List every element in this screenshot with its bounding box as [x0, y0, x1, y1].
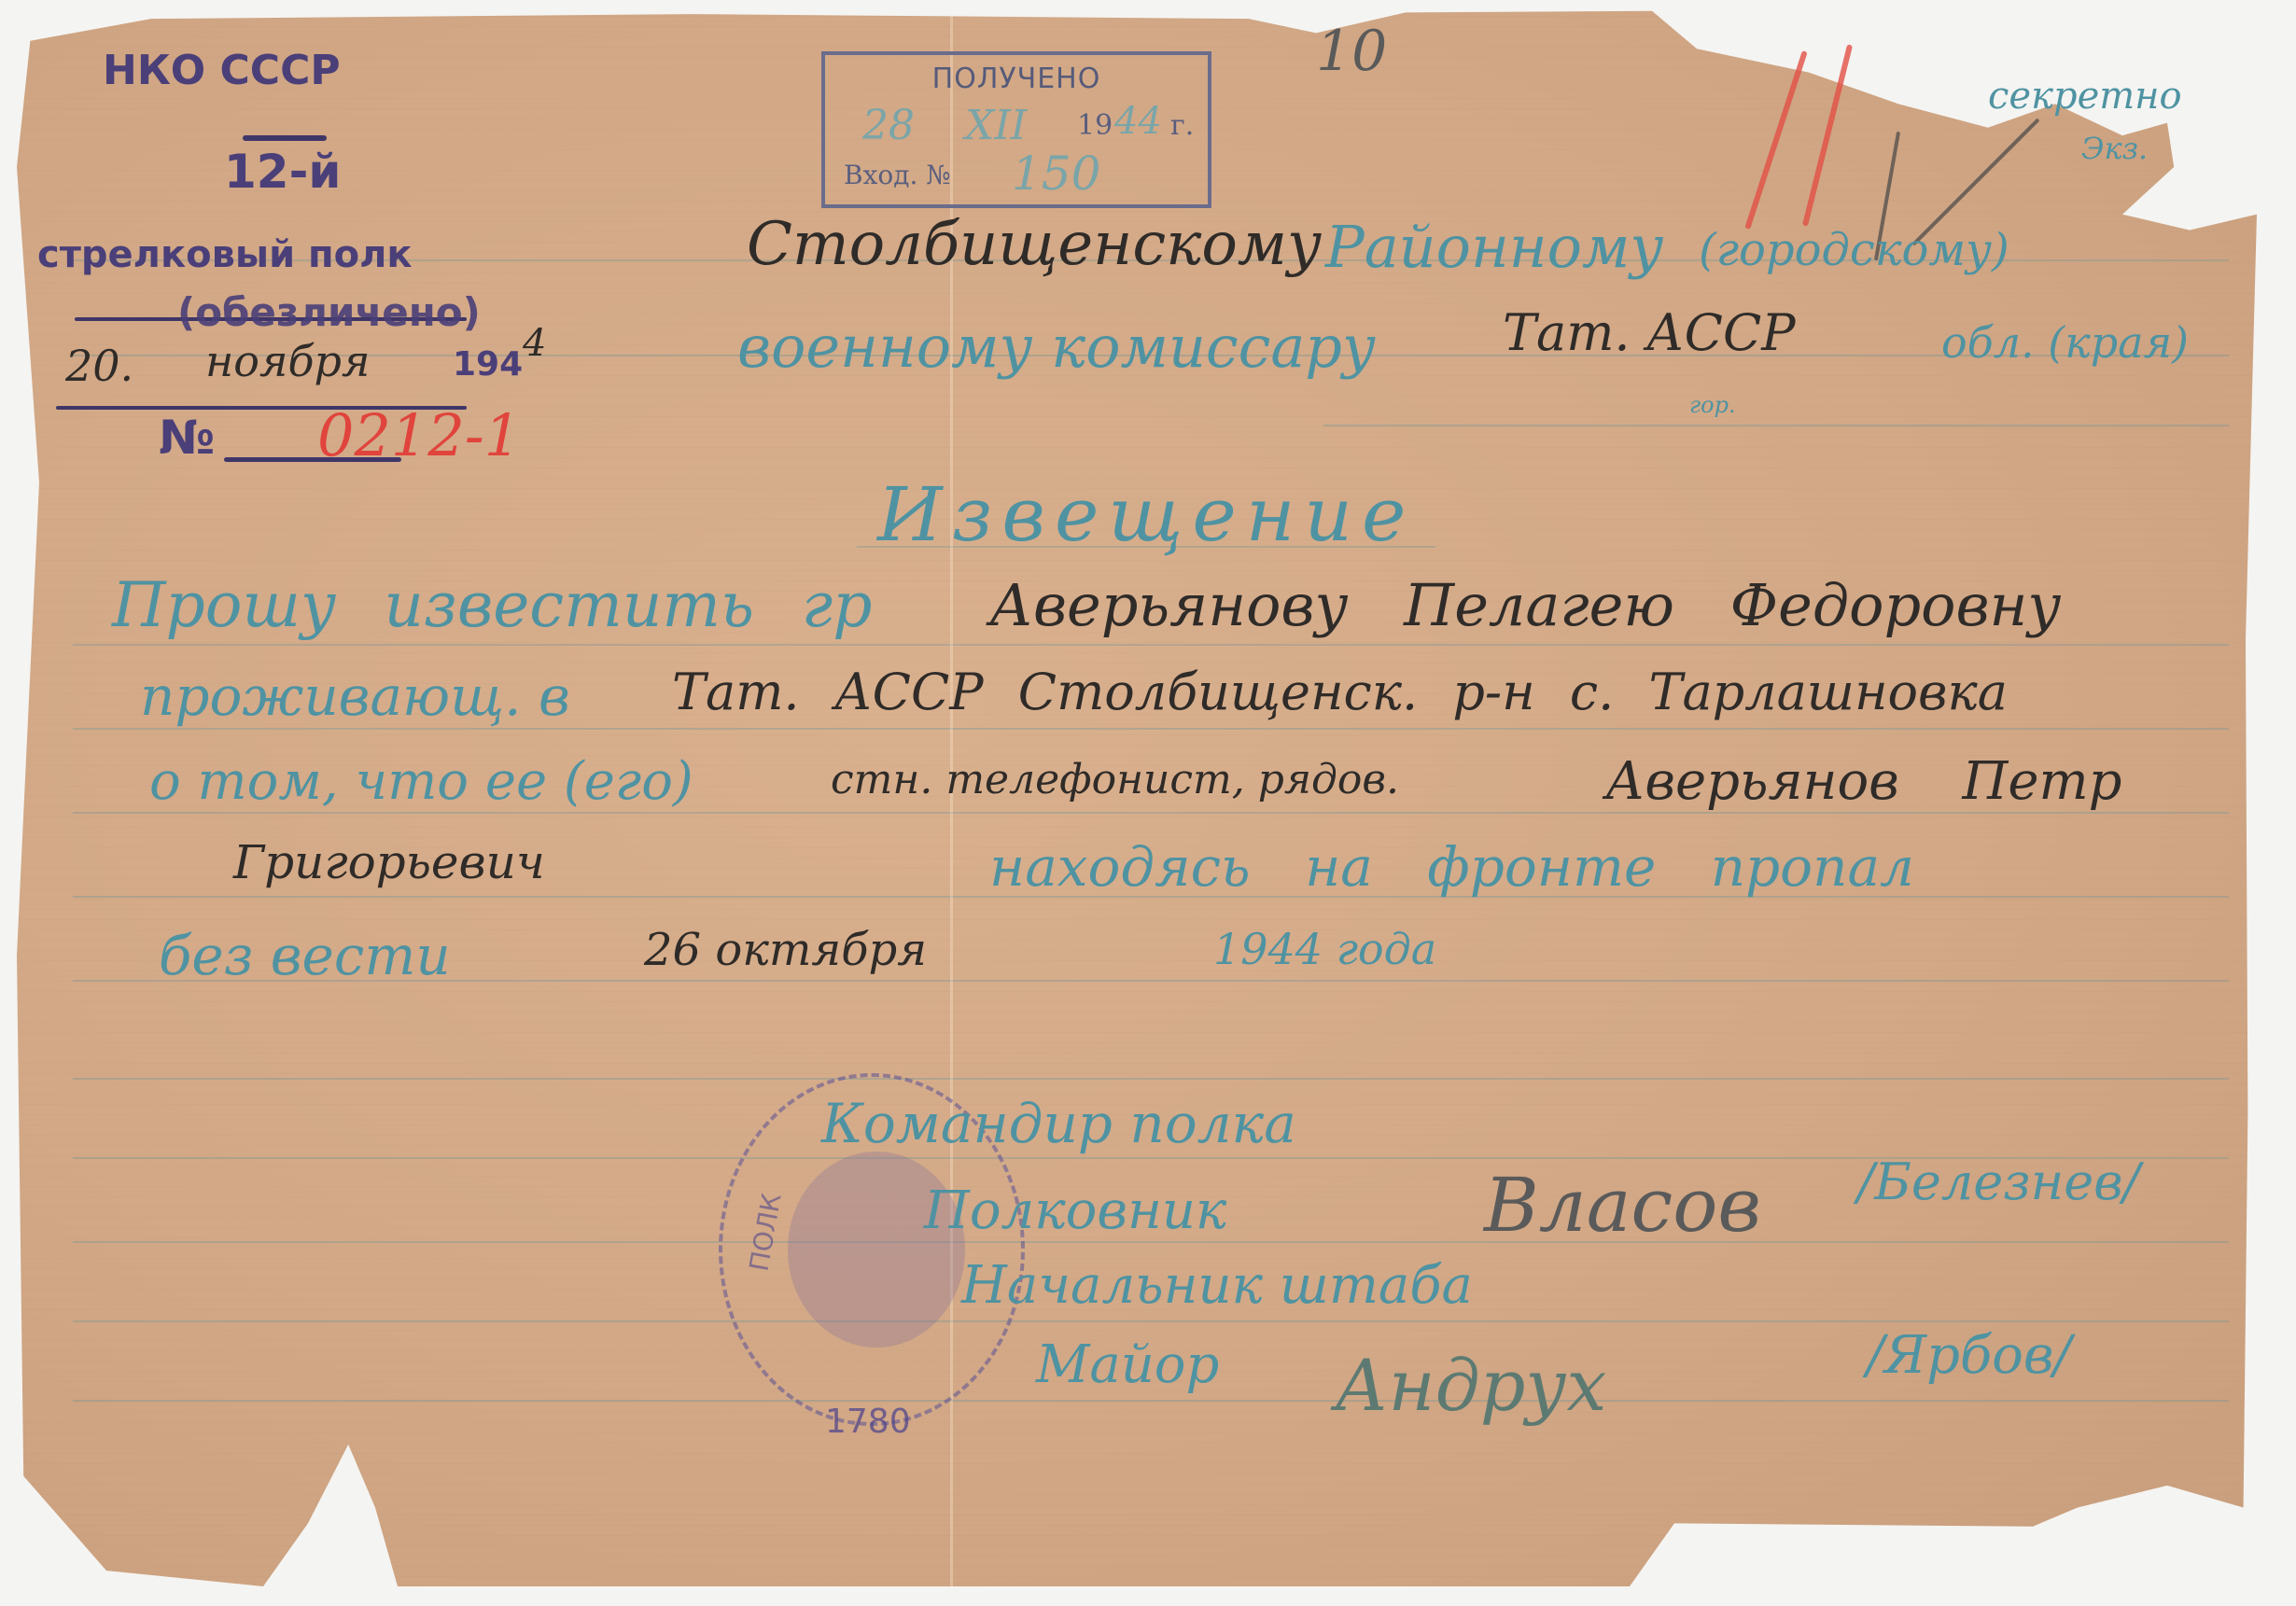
body-line2-prefix: проживающ. в [140, 664, 570, 728]
commander-name: /Белезнев/ [1857, 1152, 2140, 1211]
received-stamp: ПОЛУЧЕНО 28 XII 19 44 г. Вход. № 150 [821, 51, 1211, 208]
secret-label: секретно [1988, 75, 2182, 118]
body-line1-prefix: Прошу известить гр [112, 569, 872, 641]
received-year-prefix: 19 [1077, 109, 1113, 142]
soldier-patronymic: Григорьевич [233, 835, 545, 889]
copy-label: Экз. [2081, 131, 2148, 166]
seal-ring-text: ПОЛК [743, 1191, 787, 1273]
page-title: Извещение [877, 471, 1415, 558]
stamp-unit-number: 12-й [224, 145, 341, 199]
received-stamp-header: ПОЛУЧЕНО [825, 63, 1208, 95]
ruled-line [1323, 425, 2229, 426]
ruled-line [73, 1241, 2229, 1243]
body-line5-prefix: без вести [159, 924, 451, 987]
received-incoming-number: 150 [1012, 147, 1100, 201]
stamp-regiment-line: стрелковый полк [37, 233, 413, 276]
unit-corner-stamp: НКО СССР 12-й стрелковый полк (обезличен… [37, 37, 560, 457]
recipient-address: Тат. АССР Столбищенск. р-н с. Тарлашновк… [672, 663, 2008, 721]
address-region-suffix: обл. (края) [1941, 317, 2189, 368]
address-city-label: гор. [1689, 392, 1736, 418]
received-year-unit: г. [1170, 109, 1194, 142]
stamp-number-label: № [159, 411, 215, 465]
stamp-rule [243, 135, 327, 141]
commander-signature: Власов [1484, 1162, 1761, 1249]
ruled-line [73, 728, 2229, 730]
received-date-month: XII [965, 102, 1027, 149]
address-type-alt: (городскому) [1699, 224, 2009, 276]
ruled-line [73, 1400, 2229, 1402]
event-year: 1944 года [1213, 924, 1436, 974]
ruled-line [73, 1320, 2229, 1322]
chief-rank: Майор [1036, 1334, 1219, 1395]
recipient-name: Аверьянову Пелагею Федоровну [989, 571, 2061, 639]
chief-signature: Андрух [1335, 1344, 1606, 1427]
stamp-date-month: ноября [205, 336, 370, 386]
ruled-line [73, 644, 2229, 646]
commander-rank: Полковник [924, 1180, 1226, 1241]
chief-title: Начальник штаба [961, 1255, 1473, 1316]
body-line4: находясь на фронте пропал [989, 835, 1914, 899]
stamp-rule [224, 457, 401, 462]
stamp-date-year-prefix: 194 [453, 345, 523, 384]
body-line3-prefix: о том, что ее (его) [149, 751, 693, 812]
stamp-line-nko: НКО СССР [103, 47, 341, 94]
page-number-mark: 10 [1316, 19, 1387, 84]
commander-title: Командир полка [821, 1092, 1296, 1155]
soldier-name: Аверьянов Петр [1605, 751, 2121, 812]
seal-number: 1780 [825, 1403, 911, 1441]
received-date-day: 28 [862, 102, 915, 149]
stamp-date-year-suffix: 4 [523, 322, 546, 365]
address-district: Столбищенскому [747, 210, 1322, 279]
ruled-line [73, 812, 2229, 814]
address-role: военному комиссару [737, 313, 1376, 381]
stamp-date-day: 20. [65, 341, 133, 391]
chief-name: /Ярбов/ [1867, 1325, 2071, 1386]
address-type: Районному [1325, 213, 1663, 281]
stamp-redacted-line: (обезличено) [177, 289, 481, 335]
received-incoming-label: Вход. № [844, 160, 951, 190]
ruled-line [73, 1078, 2229, 1080]
soldier-role: стн. телефонист, рядов. [831, 756, 1399, 803]
event-date: 26 октября [644, 924, 927, 976]
address-region: Тат. АССР [1503, 303, 1796, 362]
received-year-suffix: 44 [1114, 100, 1162, 143]
